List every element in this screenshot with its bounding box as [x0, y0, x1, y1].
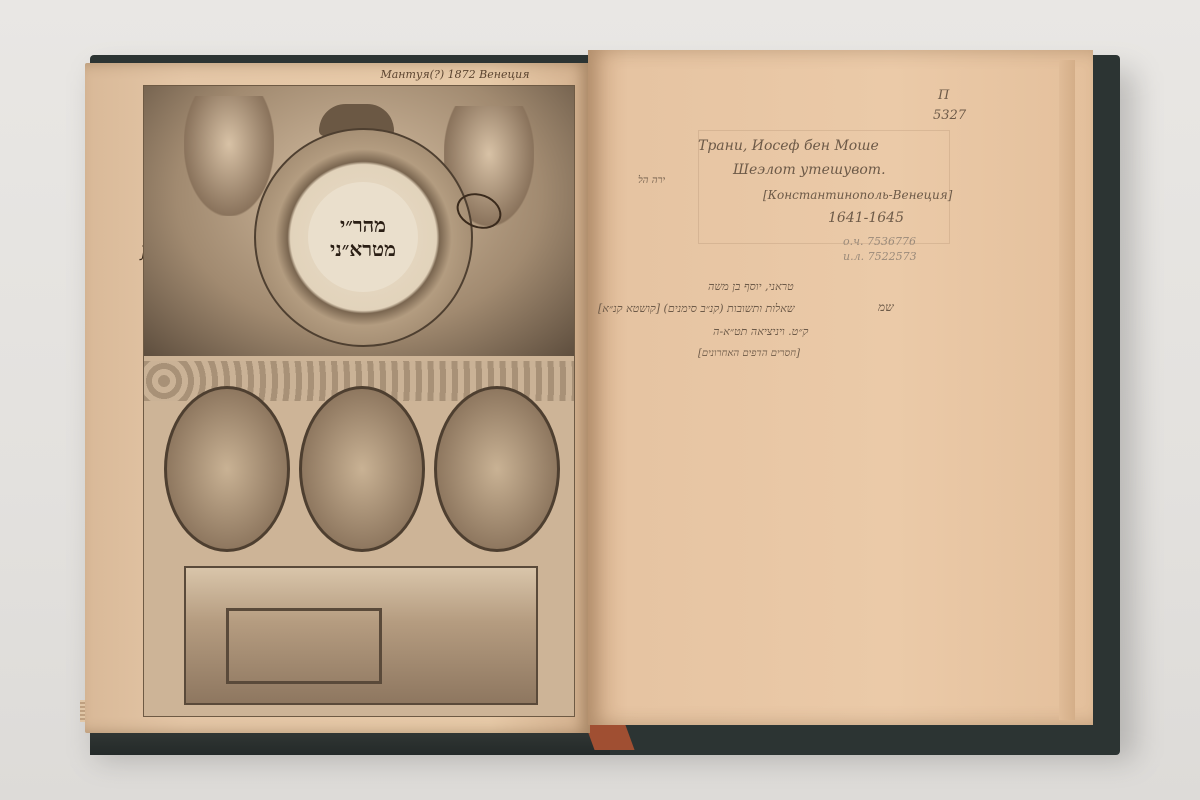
medallion-storm — [299, 386, 425, 552]
title-line-1: מהר״י — [340, 213, 386, 237]
medallion-arch — [434, 386, 560, 552]
city-view — [184, 566, 538, 705]
hebrew-note-line-1: טראני, יוסף בן משה — [708, 280, 794, 293]
left-margin-note: ירה הל — [638, 175, 665, 186]
catalog-line-1: Трани, Иосеф бен Моше — [698, 138, 879, 154]
page-fold — [1059, 60, 1075, 720]
catalog-line-4: 1641-1645 — [828, 210, 904, 226]
zodiac-wheel: מהר״י מטרא״ני — [254, 128, 473, 347]
right-margin-note: שמ — [878, 300, 894, 315]
top-inscription: Мантуя(?) 1872 Венеция — [325, 68, 585, 81]
flyleaf-page: П 5327 Трани, Иосеф бен Моше Шеэлот утеш… — [588, 50, 1093, 725]
catalog-line-3: [Константинополь-Венеция] — [763, 188, 952, 202]
spine-label — [585, 725, 634, 750]
corner-mark-top: П — [938, 88, 949, 103]
title-line-2: מטרא״ני — [330, 237, 396, 261]
inventory-line-1: о.ч. 7536776 — [843, 235, 916, 248]
hebrew-note-line-4: [חסרים הדפים האחרונים] — [698, 348, 800, 359]
hebrew-note-line-2: שאלות ותשובות (קנ״ב סימנים) [קושטא קנ״א] — [598, 302, 795, 315]
title-cartouche: מהר״י מטרא״ני — [308, 182, 418, 292]
city-wall — [226, 608, 382, 684]
corner-mark-number: 5327 — [933, 108, 966, 123]
catalog-line-2: Шеэлот утешувот. — [733, 162, 886, 178]
frontispiece-page: Мантуя(?) 1872 Венеция № 110 מהר״י מטרא״… — [85, 63, 590, 733]
hebrew-note-line-3: ק״ט. ויניציאה תט״א-ה — [713, 325, 808, 338]
engraved-plate: מהר״י מטרא״ני — [143, 85, 575, 717]
inventory-line-2: и.л. 7522573 — [843, 250, 917, 263]
medallion-feast — [164, 386, 290, 552]
